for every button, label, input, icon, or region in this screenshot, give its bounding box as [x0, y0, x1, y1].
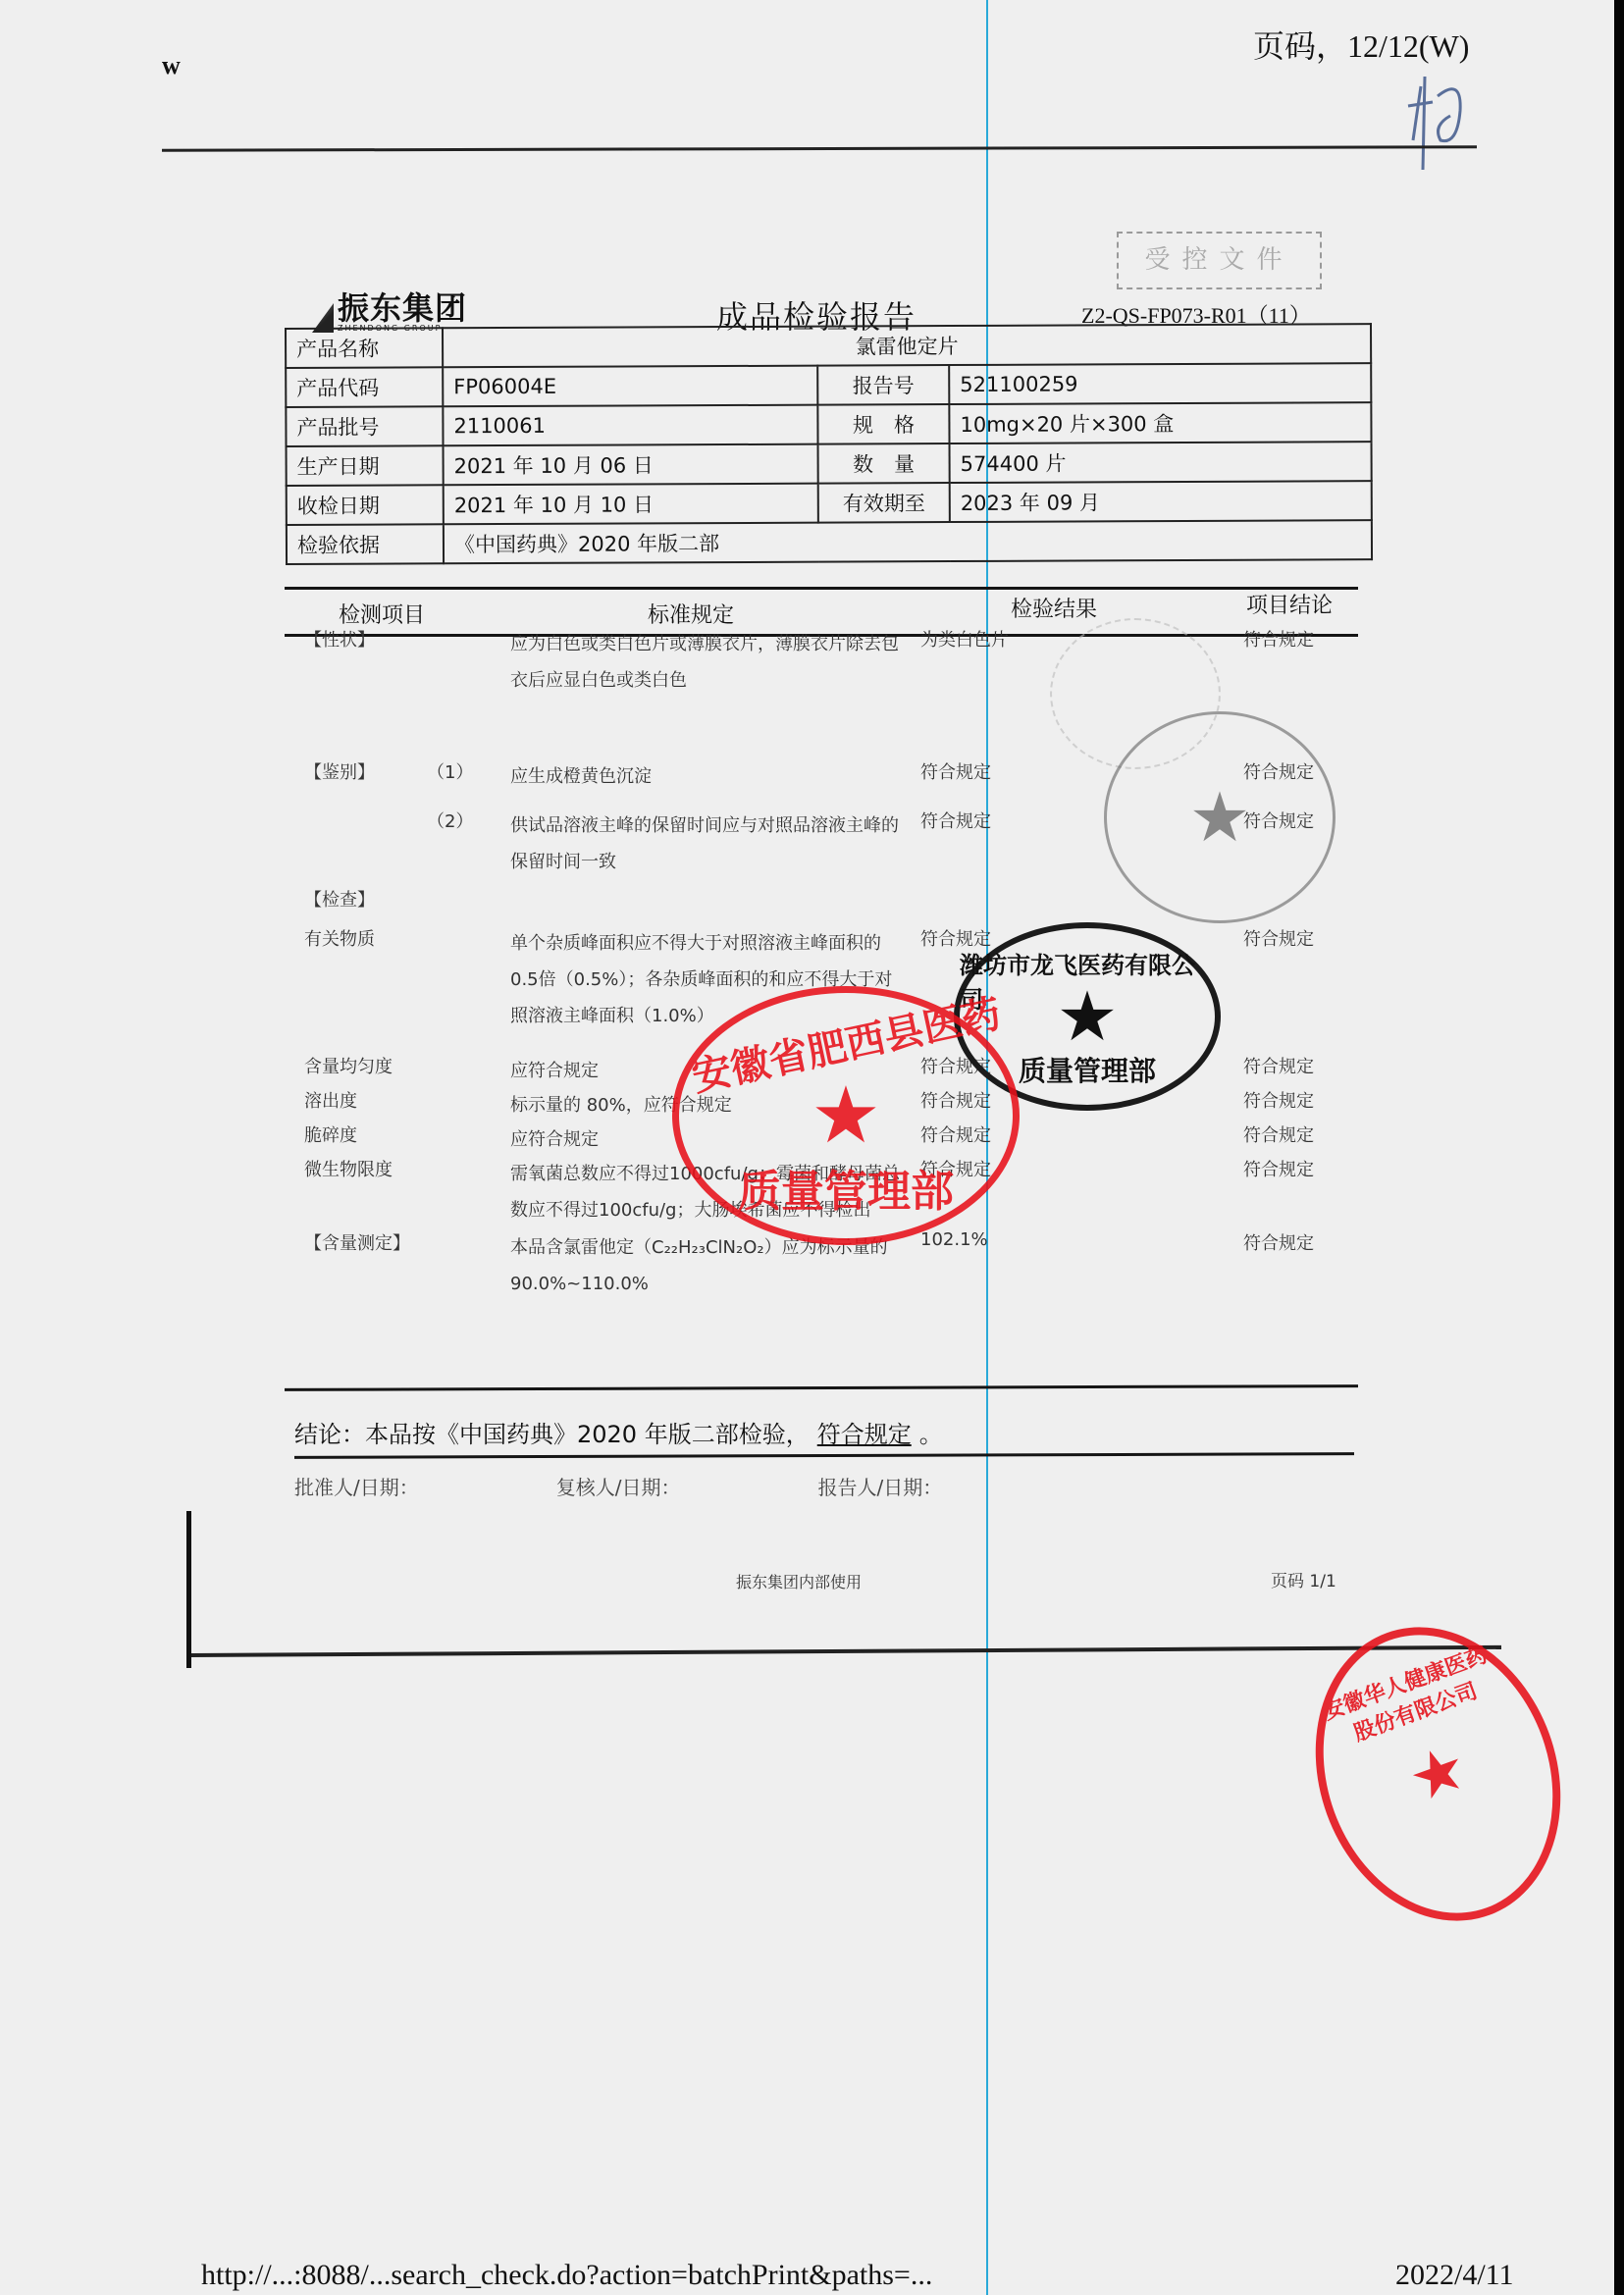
- print-url: http://...:8088/...search_check.do?actio…: [201, 2259, 932, 2292]
- scan-edge: [1614, 0, 1624, 2295]
- conclusion-rule: [294, 1452, 1354, 1459]
- red2-seal-company: 安徽华人健康医药股份有限公司: [1317, 1638, 1503, 1755]
- result-value: 为类白色片: [920, 626, 1077, 652]
- result-item: 有关物质: [304, 925, 412, 951]
- results-top-rule: [285, 587, 1358, 590]
- black-seal-dept: 质量管理部: [1019, 1050, 1156, 1089]
- result-conclusion: 符合规定: [1243, 1121, 1351, 1147]
- quantity: 574400 片: [950, 442, 1372, 483]
- result-subitem: （1）: [427, 758, 473, 784]
- batch-label: 产品批号: [286, 406, 443, 446]
- spec: 10mg×20 片×300 盒: [949, 402, 1371, 443]
- col-header-result: 检验结果: [1011, 593, 1097, 623]
- receive-date: 2021 年 10 月 10 日: [444, 484, 818, 525]
- result-value: 符合规定: [920, 808, 1077, 833]
- result-item: 【性状】: [304, 626, 412, 652]
- red-seal-dept: 质量管理部: [738, 1156, 954, 1219]
- result-item: 溶出度: [304, 1087, 412, 1113]
- results-bottom-rule: [285, 1384, 1358, 1391]
- result-standard: 应生成橙黄色沉淀: [510, 758, 903, 795]
- logo-cn: 振东集团: [338, 292, 467, 324]
- result-item: 含量均匀度: [304, 1053, 412, 1078]
- test-basis: 《中国药典》2020 年版二部: [444, 520, 1372, 563]
- result-value: 符合规定: [920, 758, 1077, 784]
- col-header-standard: 标准规定: [648, 599, 734, 629]
- result-standard: 供试品溶液主峰的保留时间应与对照品溶液主峰的保留时间一致: [510, 808, 903, 880]
- result-item: 【检查】: [304, 886, 412, 912]
- result-item: 【鉴别】: [304, 758, 412, 784]
- print-page-number: 页码，12/12(W): [1253, 22, 1469, 67]
- scan-frame-left: [186, 1511, 191, 1668]
- mfg-date: 2021 年 10 月 06 日: [444, 444, 818, 486]
- conclusion-text: 结论：本品按《中国药典》2020 年版二部检验，: [294, 1421, 810, 1448]
- result-item: 微生物限度: [304, 1156, 412, 1181]
- result-conclusion: 符合规定: [1243, 1229, 1351, 1255]
- print-date: 2022/4/11: [1395, 2259, 1514, 2292]
- conclusion-suffix: 。: [919, 1421, 943, 1448]
- col-header-conclusion: 项目结论: [1246, 589, 1333, 619]
- expiry-date: 2023 年 09 月: [950, 481, 1372, 522]
- result-conclusion: 符合规定: [1243, 626, 1351, 652]
- result-item: 【含量测定】: [304, 1229, 412, 1255]
- product-code-label: 产品代码: [286, 367, 443, 407]
- handwritten-signature-icon: [1403, 67, 1472, 175]
- quantity-label: 数 量: [818, 443, 950, 484]
- product-info-table: 产品名称 氯雷他定片 产品代码 FP06004E 报告号 521100259 产…: [285, 323, 1373, 565]
- result-item: 脆碎度: [304, 1121, 412, 1147]
- spec-label: 规 格: [817, 404, 949, 444]
- col-header-item: 检测项目: [339, 599, 425, 629]
- blue-seal-stamp: ★: [1104, 711, 1336, 923]
- result-conclusion: 符合规定: [1243, 1053, 1351, 1078]
- report-no: 521100259: [949, 363, 1371, 404]
- reviewer-label: 复核人/日期：: [556, 1472, 681, 1500]
- product-name: 氯雷他定片: [443, 324, 1371, 367]
- red-quality-seal: 安徽省肥西县医药 ★ 质量管理部: [672, 986, 1020, 1245]
- result-conclusion: 符合规定: [1243, 1156, 1351, 1181]
- result-conclusion: 符合规定: [1243, 1087, 1351, 1113]
- signature-line: 批准人/日期： 复核人/日期： 报告人/日期：: [294, 1472, 1079, 1500]
- basis-label: 检验依据: [287, 524, 444, 564]
- result-standard: 应为白色或类白色片或薄膜衣片，薄膜衣片除去包衣后应显白色或类白色: [510, 626, 903, 699]
- final-conclusion: 结论：本品按《中国药典》2020 年版二部检验，符合规定。: [294, 1415, 943, 1449]
- result-subitem: （2）: [427, 808, 473, 833]
- conclusion-verdict: 符合规定: [810, 1421, 919, 1448]
- controlled-document-stamp: 受控文件: [1117, 232, 1322, 289]
- internal-use-note: 振东集团内部使用: [736, 1570, 862, 1592]
- approver-label: 批准人/日期：: [294, 1472, 419, 1500]
- report-page-number: 页码 1/1: [1271, 1567, 1336, 1591]
- receive-date-label: 收检日期: [287, 485, 444, 525]
- expiry-label: 有效期至: [818, 483, 950, 523]
- mfg-date-label: 生产日期: [287, 445, 444, 486]
- product-code: FP06004E: [443, 366, 817, 407]
- print-header-letter: w: [162, 51, 181, 80]
- product-name-label: 产品名称: [286, 328, 443, 368]
- batch-number: 2110061: [443, 405, 817, 446]
- header-divider: [162, 145, 1477, 152]
- scan-frame-bottom: [191, 1645, 1501, 1657]
- result-value: 102.1%: [920, 1229, 1077, 1250]
- report-no-label: 报告号: [817, 365, 949, 405]
- star-icon: ★: [811, 1076, 881, 1155]
- star-icon: ★: [1401, 1735, 1476, 1813]
- reporter-label: 报告人/日期：: [818, 1472, 943, 1500]
- result-conclusion: 符合规定: [1243, 925, 1351, 951]
